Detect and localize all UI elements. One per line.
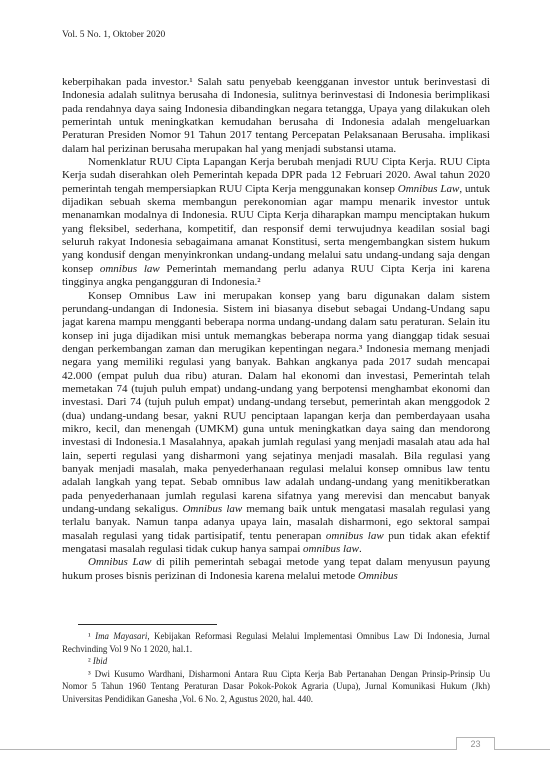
body-paragraph: Konsep Omnibus Law ini merupakan konsep … [62,290,490,557]
footnote-separator-rule [78,624,217,625]
page-number: 23 [470,739,480,749]
footer-rule-right [495,749,550,750]
footnote: ³ Dwi Kusumo Wardhani, Disharmoni Antara… [62,668,490,706]
page-header-volume-info: Vol. 5 No. 1, Oktober 2020 [62,30,165,40]
article-body: keberpihakan pada investor.¹ Salah satu … [62,76,490,624]
journal-page: Vol. 5 No. 1, Oktober 2020 keberpihakan … [0,0,550,777]
body-paragraph: Omnibus Law di pilih pemerintah sebagai … [62,556,490,583]
page-number-tab: 23 [456,737,495,750]
body-paragraph: Nomenklatur RUU Cipta Lapangan Kerja ber… [62,156,490,289]
footnotes-section: ¹ Ima Mayasari, Kebijakan Reformasi Regu… [62,630,490,730]
body-paragraph: keberpihakan pada investor.¹ Salah satu … [62,76,490,156]
footnote: ² Ibid [62,655,490,668]
footer-rule-left [0,749,456,750]
footnote: ¹ Ima Mayasari, Kebijakan Reformasi Regu… [62,630,490,655]
